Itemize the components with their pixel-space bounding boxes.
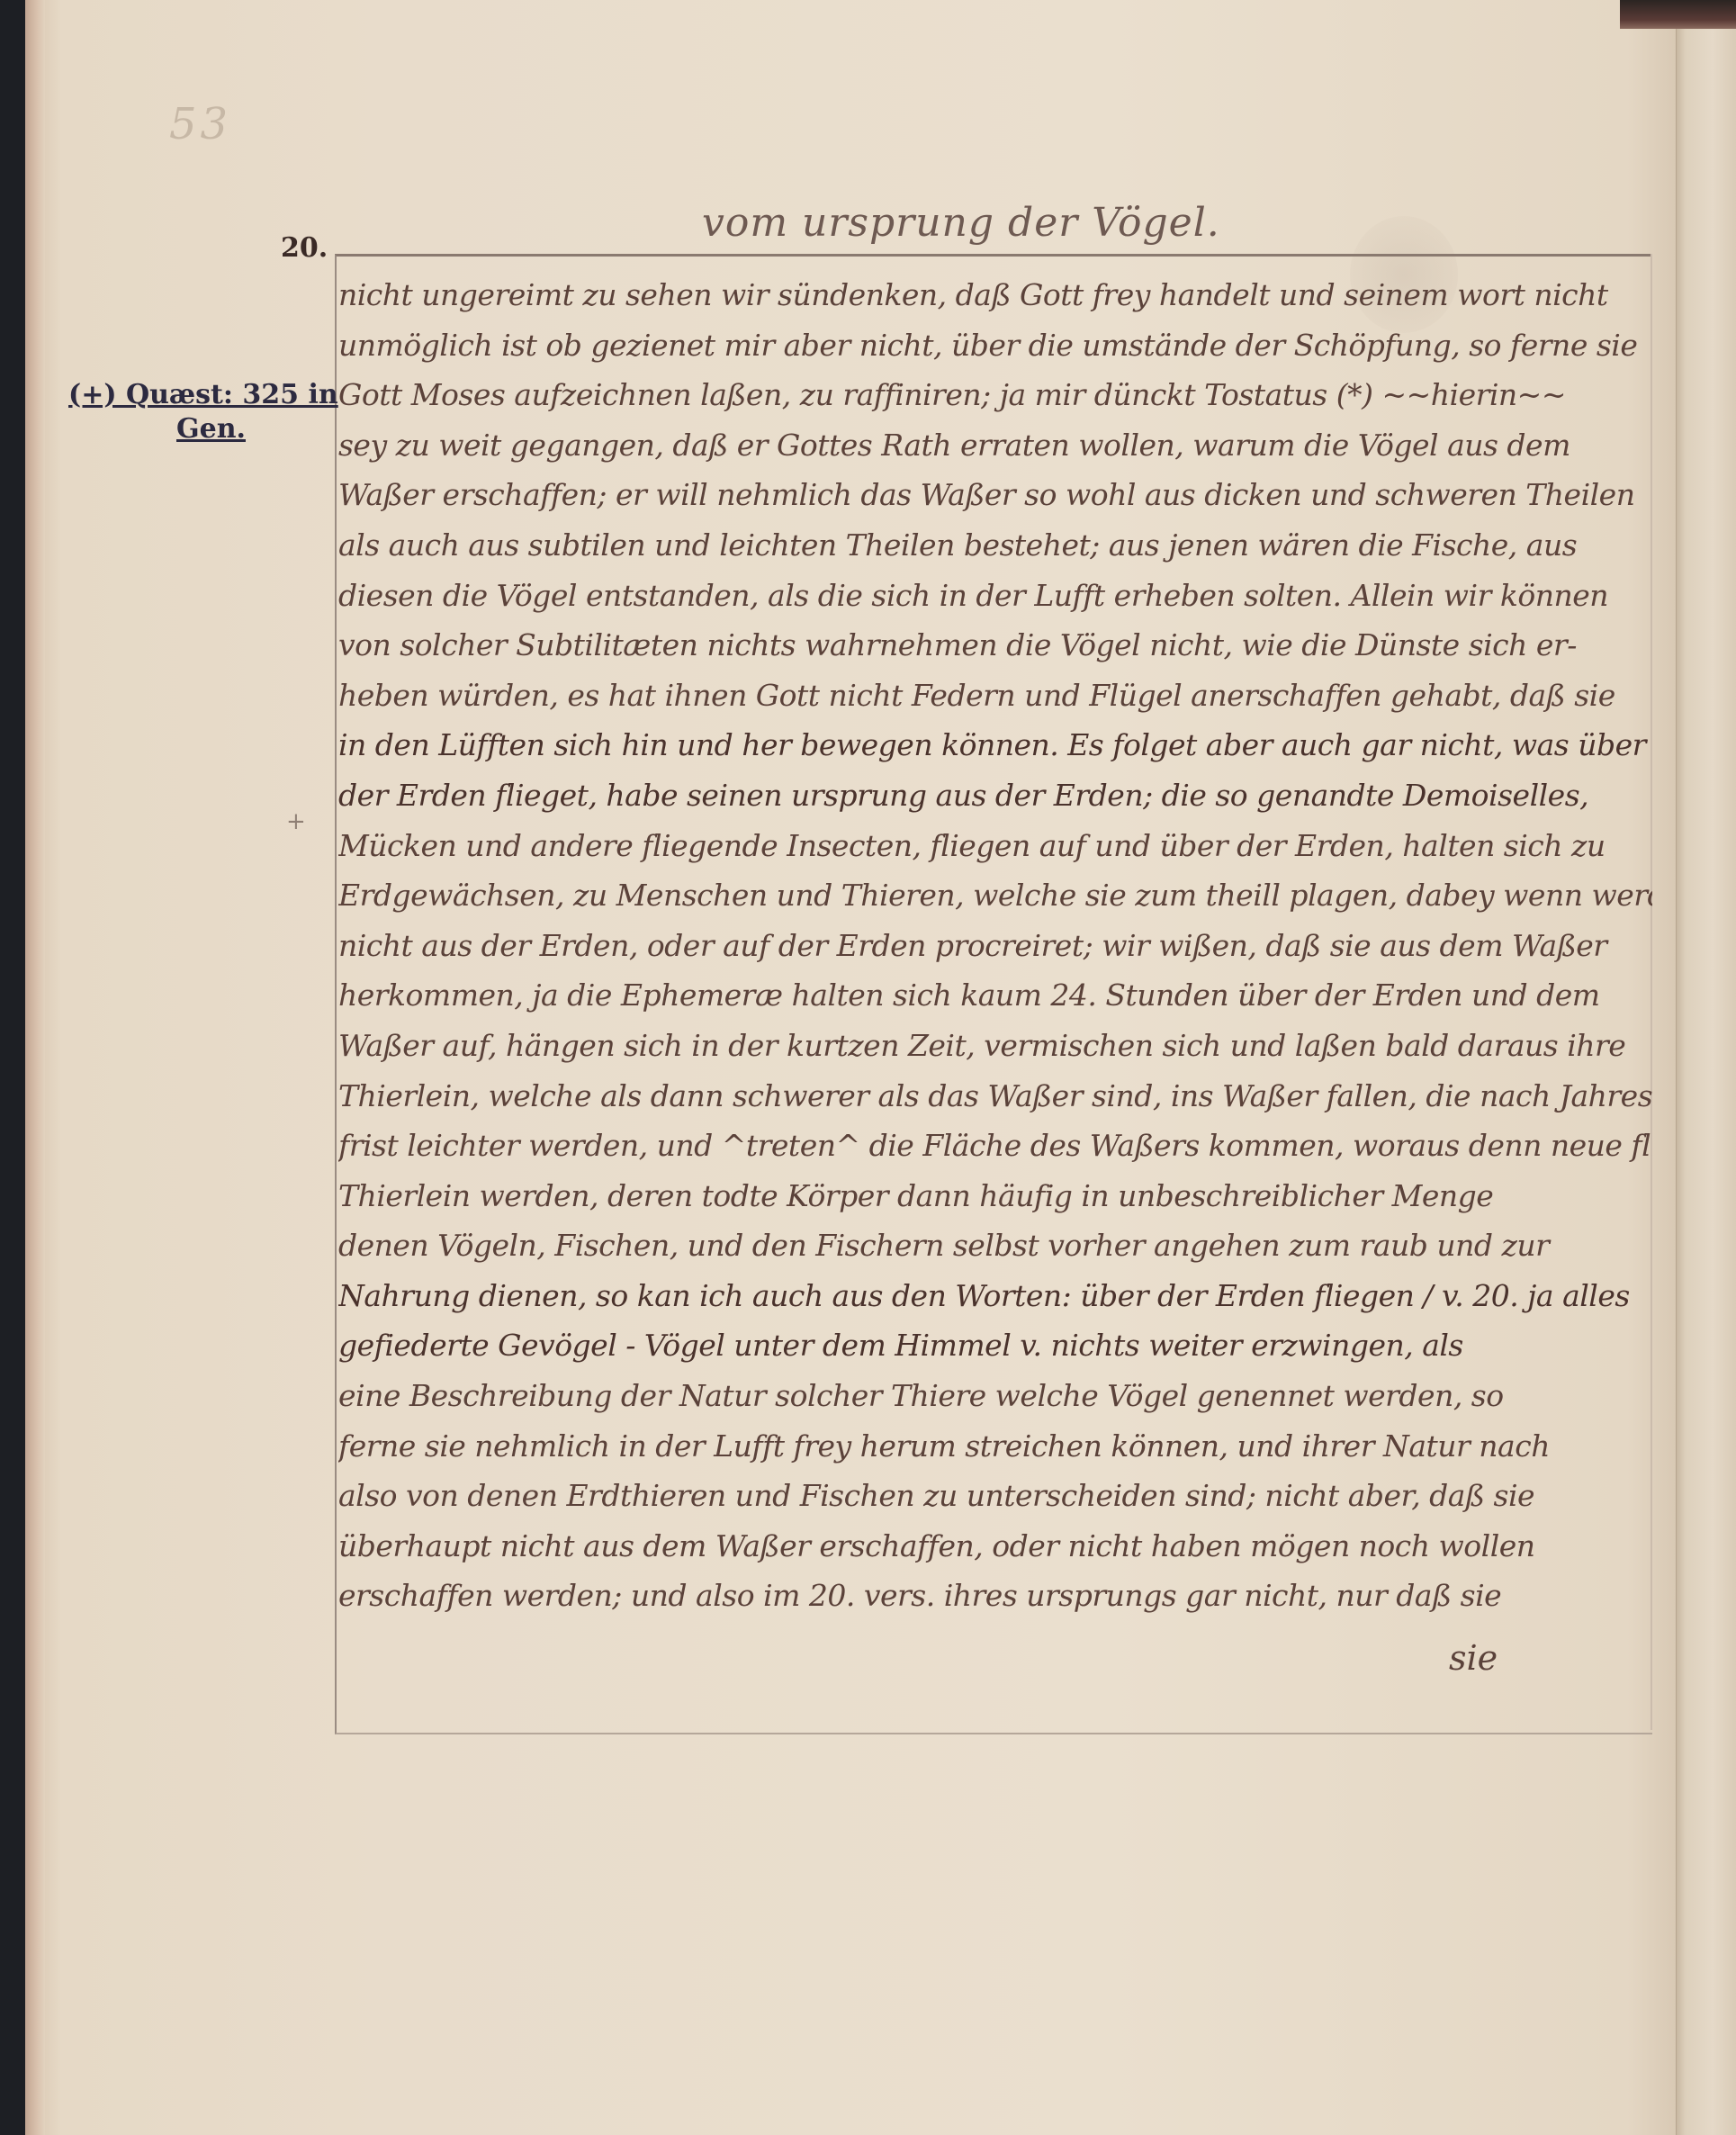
marginal-note: (+) Quæst: 325 in Gen. [68,378,338,446]
text-line: Gott Moses aufzeichnen laßen, zu raffini… [338,370,1652,420]
manuscript-body: nicht ungereimt zu sehen wir sündenken, … [338,270,1652,1621]
text-line: in den Lüfften sich hin und her bewegen … [338,720,1652,770]
text-line: Nahrung dienen, so kan ich auch aus den … [338,1271,1652,1321]
text-line: sey zu weit gegangen, daß er Gottes Rath… [338,420,1652,471]
scan-background [0,0,27,2135]
text-line: Waßer auf, hängen sich in der kurtzen Ze… [338,1021,1652,1071]
text-line: Thierlein werden, deren todte Körper dan… [338,1171,1652,1221]
text-line: herkommen, ja die Ephemeræ halten sich k… [338,970,1652,1021]
text-line: eine Beschreibung der Natur solcher Thie… [338,1371,1652,1421]
page-title: vom ursprung der Vögel. [702,200,1220,246]
verse-marker: 20. [281,232,328,264]
text-line: überhaupt nicht aus dem Waßer erschaffen… [338,1521,1652,1572]
margin-cross-mark: + [286,808,306,835]
marginal-note-line-2: Gen. [68,412,338,446]
page-left-edge [25,0,45,2135]
folio-number: 53 [169,99,231,149]
text-line: erschaffen werden; und also im 20. vers.… [338,1571,1652,1621]
text-line: Thierlein, welche als dann schwerer als … [338,1071,1652,1122]
text-line: Mücken und andere fliegende Insecten, fl… [338,821,1652,871]
text-line: frist leichter werden, und ^treten^ die … [338,1121,1652,1171]
text-line: also von denen Erdthieren und Fischen zu… [338,1471,1652,1521]
text-line: Waßer erschaffen; er will nehmlich das W… [338,470,1652,520]
catchword: sie [1449,1638,1498,1678]
text-line: nicht aus der Erden, oder auf der Erden … [338,921,1652,971]
text-line: von solcher Subtilitæten nichts wahrnehm… [338,620,1652,671]
text-line: heben würden, es hat ihnen Gott nicht Fe… [338,671,1652,721]
text-line: denen Vögeln, Fischen, und den Fischern … [338,1221,1652,1271]
text-line: Erdgewächsen, zu Menschen und Thieren, w… [338,870,1652,921]
adjacent-page-edge [1676,27,1736,2135]
text-line: als auch aus subtilen und leichten Theil… [338,520,1652,571]
text-line: der Erden flieget, habe seinen ursprung … [338,770,1652,821]
text-line: nicht ungereimt zu sehen wir sündenken, … [338,270,1652,320]
binding-top-edge [1620,0,1736,29]
text-line: gefiederte Gevögel - Vögel unter dem Him… [338,1320,1652,1371]
marginal-note-line-1: (+) Quæst: 325 in [68,379,338,410]
text-line: ferne sie nehmlich in der Lufft frey her… [338,1421,1652,1472]
text-line: diesen die Vögel entstanden, als die sic… [338,571,1652,621]
text-line: unmöglich ist ob gezienet mir aber nicht… [338,320,1652,371]
